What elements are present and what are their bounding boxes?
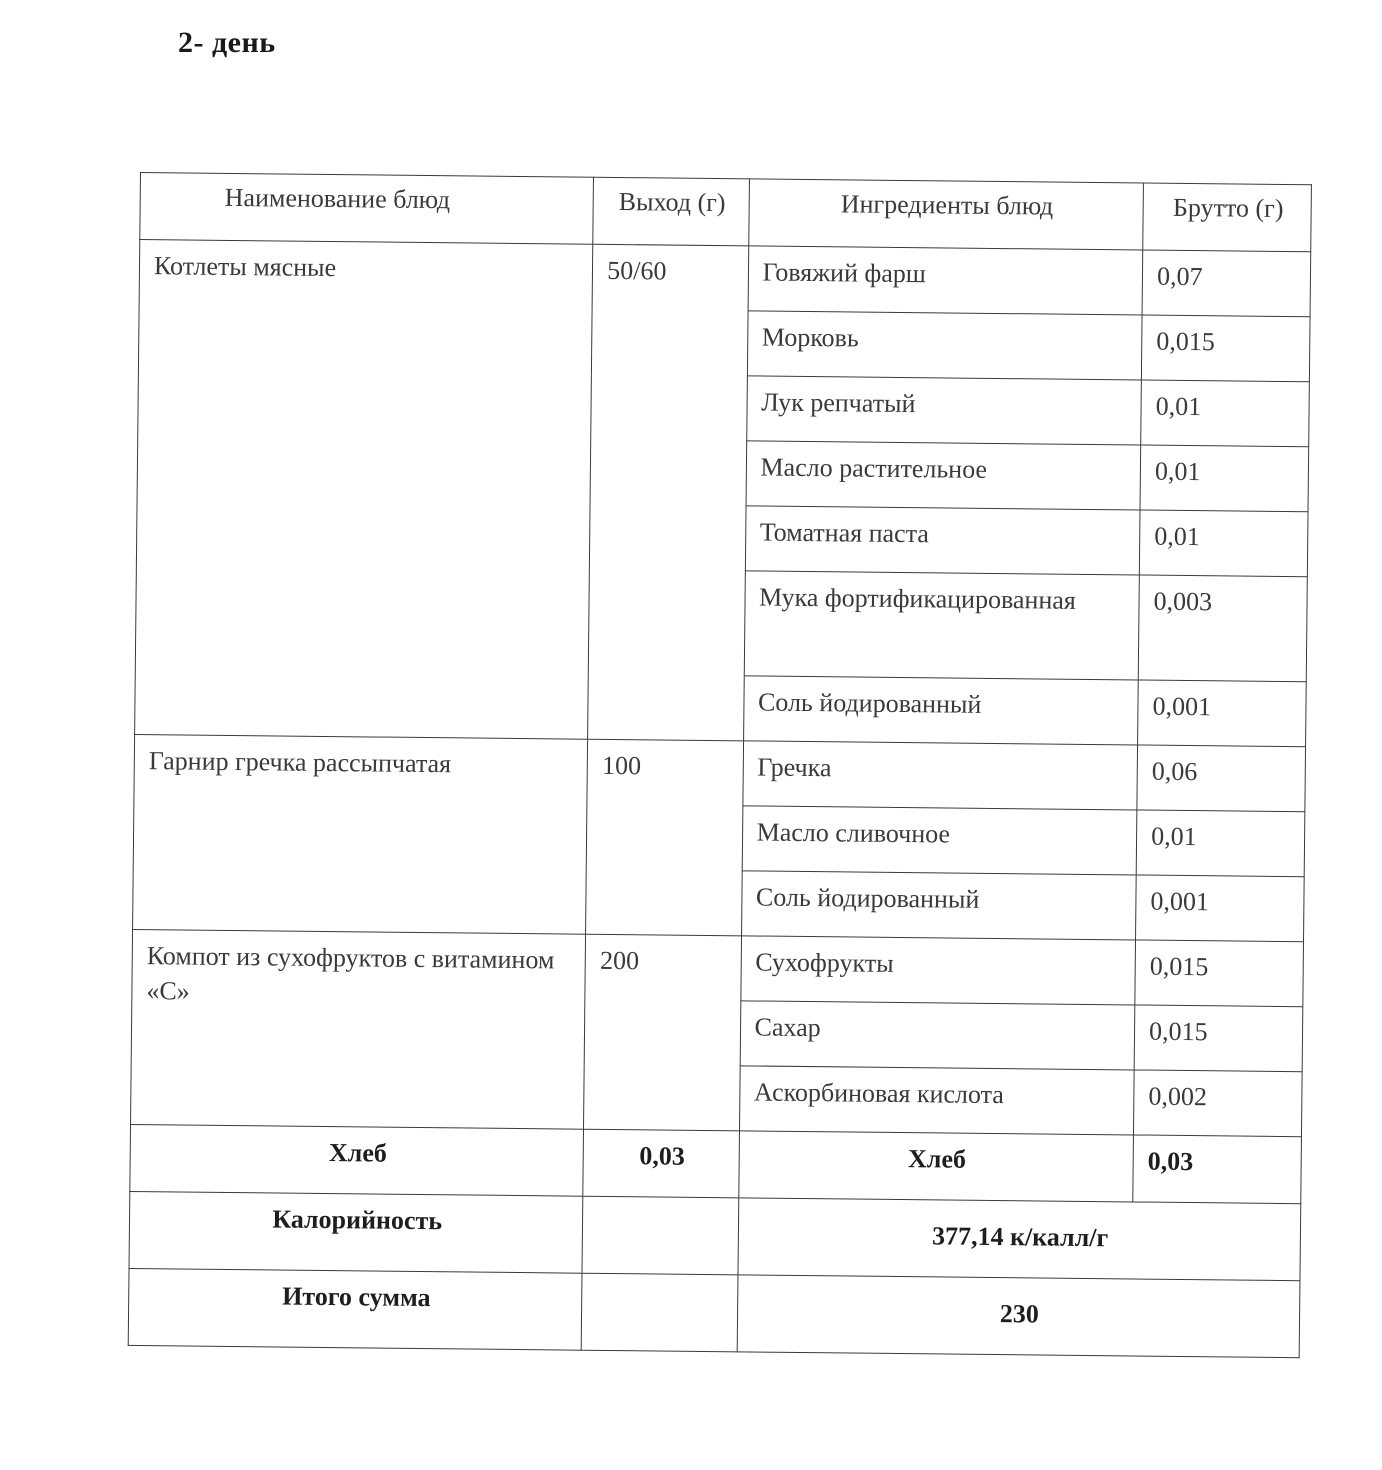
ingredient-brutto: 0,06 — [1137, 745, 1306, 812]
calories-row: Калорийность 377,14 к/калл/г — [129, 1191, 1301, 1280]
table-header-row: Наименование блюд Выход (г) Ингредиенты … — [140, 173, 1312, 252]
ingredient-brutto: 0,001 — [1138, 680, 1307, 747]
ingredient-brutto: 0,01 — [1139, 510, 1308, 577]
header-ingredients: Ингредиенты блюд — [748, 179, 1143, 250]
bread-name: Хлеб — [130, 1124, 584, 1196]
table-row: Котлеты мясные 50/60 Говяжий фарш 0,07 — [139, 240, 1311, 317]
total-label: Итого сумма — [128, 1268, 582, 1350]
dish-name: Гарнир гречка рассыпчатая — [133, 734, 588, 934]
header-brutto: Брутто (г) — [1143, 183, 1312, 252]
ingredient-name: Гречка — [742, 741, 1137, 810]
bread-brutto: 0,03 — [1133, 1135, 1302, 1204]
ingredient-brutto: 0,015 — [1134, 1005, 1303, 1072]
ingredient-name: Говяжий фарш — [748, 246, 1143, 315]
bread-output: 0,03 — [583, 1129, 739, 1198]
ingredient-name: Соль йодированный — [741, 871, 1136, 940]
calories-label: Калорийность — [129, 1191, 583, 1273]
ingredient-brutto: 0,015 — [1141, 315, 1310, 382]
ingredient-brutto: 0,01 — [1141, 380, 1310, 447]
total-empty-cell — [581, 1273, 737, 1352]
ingredient-brutto: 0,07 — [1142, 250, 1311, 317]
total-row: Итого сумма 230 — [128, 1268, 1300, 1357]
bread-ingredient: Хлеб — [738, 1131, 1133, 1202]
ingredient-name: Морковь — [747, 311, 1142, 380]
dish-output: 100 — [586, 739, 743, 936]
total-value: 230 — [737, 1275, 1300, 1358]
dish-output: 200 — [584, 934, 741, 1131]
ingredient-brutto: 0,002 — [1134, 1070, 1303, 1137]
table-row: Гарнир гречка рассыпчатая 100 Гречка 0,0… — [134, 734, 1306, 811]
table-body: Котлеты мясные 50/60 Говяжий фарш 0,07 М… — [128, 240, 1311, 1358]
ingredient-name: Аскорбиновая кислота — [739, 1066, 1134, 1135]
ingredient-brutto: 0,003 — [1138, 575, 1307, 682]
ingredient-brutto: 0,015 — [1135, 940, 1304, 1007]
ingredient-name: Лук репчатый — [746, 376, 1141, 445]
ingredient-brutto: 0,01 — [1140, 445, 1309, 512]
ingredient-brutto: 0,001 — [1136, 875, 1305, 942]
dish-name: Котлеты мясные — [135, 240, 593, 740]
calories-value: 377,14 к/калл/г — [738, 1198, 1301, 1281]
ingredient-name: Сухофрукты — [740, 936, 1135, 1005]
ingredient-brutto: 0,01 — [1136, 810, 1305, 877]
header-dish: Наименование блюд — [140, 173, 594, 245]
ingredient-name: Масло сливочное — [742, 806, 1137, 875]
bread-row: Хлеб 0,03 Хлеб 0,03 — [130, 1124, 1302, 1203]
table-row: Компот из сухофруктов с витамином «С» 20… — [132, 929, 1304, 1006]
page-title: 2- день — [178, 26, 276, 60]
menu-table: Наименование блюд Выход (г) Ингредиенты … — [128, 172, 1312, 1358]
ingredient-name: Масло растительное — [746, 441, 1141, 510]
header-output: Выход (г) — [593, 177, 749, 246]
ingredient-name: Мука фортификацированная — [744, 571, 1140, 680]
dish-name: Компот из сухофруктов с витамином «С» — [131, 929, 586, 1129]
calories-empty-cell — [582, 1196, 738, 1275]
ingredient-name: Томатная паста — [745, 506, 1140, 575]
ingredient-name: Соль йодированный — [743, 676, 1138, 745]
ingredient-name: Сахар — [740, 1001, 1135, 1070]
dish-output: 50/60 — [588, 244, 748, 741]
